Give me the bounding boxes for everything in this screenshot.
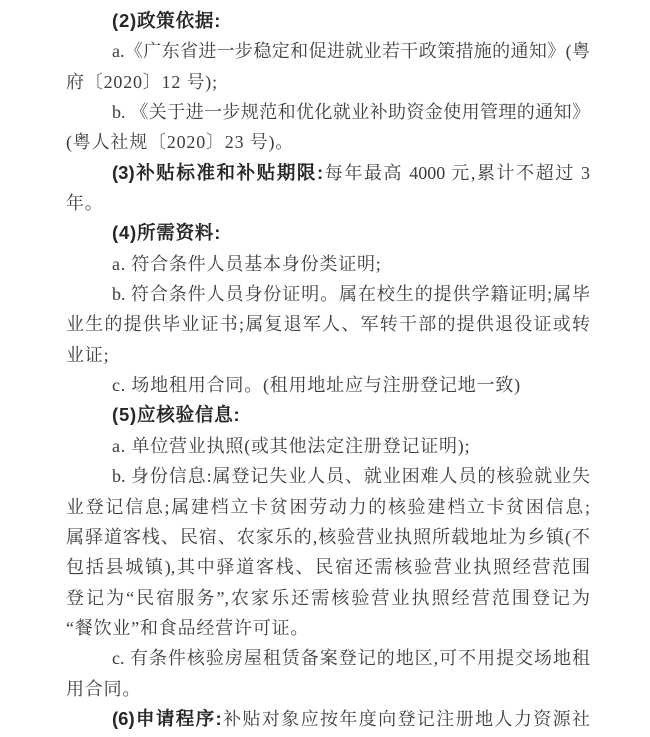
body-text-run: 府〔2020〕12 号); xyxy=(66,72,218,92)
text-line: (3)补贴标准和补贴期限:每年最高 4000 元,累计不超过 3 xyxy=(66,158,590,188)
body-text-run: a. 单位营业执照(或其他法定注册登记证明); xyxy=(112,436,470,456)
text-line: b. 《关于进一步规范和优化就业补助资金使用管理的通知》 xyxy=(66,97,590,127)
text-line: 年。 xyxy=(66,188,590,218)
text-line: a. 单位营业执照(或其他法定注册登记证明); xyxy=(66,431,590,461)
body-text-run: b. 符合条件人员身份证明。属在校生的提供学籍证明;属毕 xyxy=(112,284,590,304)
document-body: (2)政策依据:a.《广东省进一步稳定和促进就业若干政策措施的通知》(粤府〔20… xyxy=(66,6,590,734)
body-text-run: c. 场地租用合同。(租用地址应与注册登记地一致) xyxy=(112,375,521,395)
body-text-run: (粤人社规〔2020〕23 号)。 xyxy=(66,132,294,152)
body-text-run: a. 符合条件人员基本身份类证明; xyxy=(112,254,382,274)
text-line: 登记为“民宿服务”,农家乐还需核验营业执照经营范围登记为 xyxy=(66,583,590,613)
text-line: c. 场地租用合同。(租用地址应与注册登记地一致) xyxy=(66,370,590,400)
section-heading-run: (5)应核验信息: xyxy=(112,404,240,425)
text-line: 业登记信息;属建档立卡贫困劳动力的核验建档立卡贫困信息; xyxy=(66,492,590,522)
body-text-run: a.《广东省进一步稳定和促进就业若干政策措施的通知》(粤 xyxy=(112,41,590,61)
text-line: (5)应核验信息: xyxy=(66,400,590,430)
body-text-run: 补贴对象应按年度向登记注册地人力资源社 xyxy=(222,709,590,729)
text-line: a.《广东省进一步稳定和促进就业若干政策措施的通知》(粤 xyxy=(66,36,590,66)
document-page: (2)政策依据:a.《广东省进一步稳定和促进就业若干政策措施的通知》(粤府〔20… xyxy=(0,0,650,737)
text-line: “餐饮业”和食品经营许可证。 xyxy=(66,613,590,643)
text-line: 用合同。 xyxy=(66,674,590,704)
text-line: b. 身份信息:属登记失业人员、就业困难人员的核验就业失 xyxy=(66,461,590,491)
body-text-run: 属驿道客栈、民宿、农家乐的,核验营业执照所载地址为乡镇(不 xyxy=(66,527,590,547)
text-line: a. 符合条件人员基本身份类证明; xyxy=(66,249,590,279)
text-line: 属驿道客栈、民宿、农家乐的,核验营业执照所载地址为乡镇(不 xyxy=(66,522,590,552)
body-text-run: 包括县城镇),其中驿道客栈、民宿还需核验营业执照经营范围 xyxy=(66,557,590,577)
body-text-run: 登记为“民宿服务”,农家乐还需核验营业执照经营范围登记为 xyxy=(66,588,590,608)
text-line: 业证; xyxy=(66,340,590,370)
text-line: 府〔2020〕12 号); xyxy=(66,67,590,97)
body-text-run: 年。 xyxy=(66,193,104,213)
section-heading-run: (4)所需资料: xyxy=(112,222,221,243)
text-line: b. 符合条件人员身份证明。属在校生的提供学籍证明;属毕 xyxy=(66,279,590,309)
section-heading-run: (6)申请程序: xyxy=(112,708,222,729)
body-text-run: 业证; xyxy=(66,345,109,365)
body-text-run: b. 《关于进一步规范和优化就业补助资金使用管理的通知》 xyxy=(112,102,590,122)
body-text-run: 业生的提供毕业证书;属复退军人、军转干部的提供退役证或转 xyxy=(66,314,590,334)
text-line: (4)所需资料: xyxy=(66,218,590,248)
text-line: (6)申请程序:补贴对象应按年度向登记注册地人力资源社 xyxy=(66,704,590,734)
text-line: 包括县城镇),其中驿道客栈、民宿还需核验营业执照经营范围 xyxy=(66,552,590,582)
text-line: 业生的提供毕业证书;属复退军人、军转干部的提供退役证或转 xyxy=(66,309,590,339)
body-text-run: c. 有条件核验房屋租赁备案登记的地区,可不用提交场地租 xyxy=(112,648,590,668)
body-text-run: 用合同。 xyxy=(66,679,141,699)
body-text-run: 每年最高 4000 元,累计不超过 3 xyxy=(323,163,590,183)
text-line: c. 有条件核验房屋租赁备案登记的地区,可不用提交场地租 xyxy=(66,643,590,673)
section-heading-run: (3)补贴标准和补贴期限: xyxy=(112,162,323,183)
body-text-run: “餐饮业”和食品经营许可证。 xyxy=(66,618,309,638)
body-text-run: 业登记信息;属建档立卡贫困劳动力的核验建档立卡贫困信息; xyxy=(66,497,590,517)
text-line: (2)政策依据: xyxy=(66,6,590,36)
text-line: (粤人社规〔2020〕23 号)。 xyxy=(66,127,590,157)
section-heading-run: (2)政策依据: xyxy=(112,10,221,31)
body-text-run: b. 身份信息:属登记失业人员、就业困难人员的核验就业失 xyxy=(112,466,590,486)
